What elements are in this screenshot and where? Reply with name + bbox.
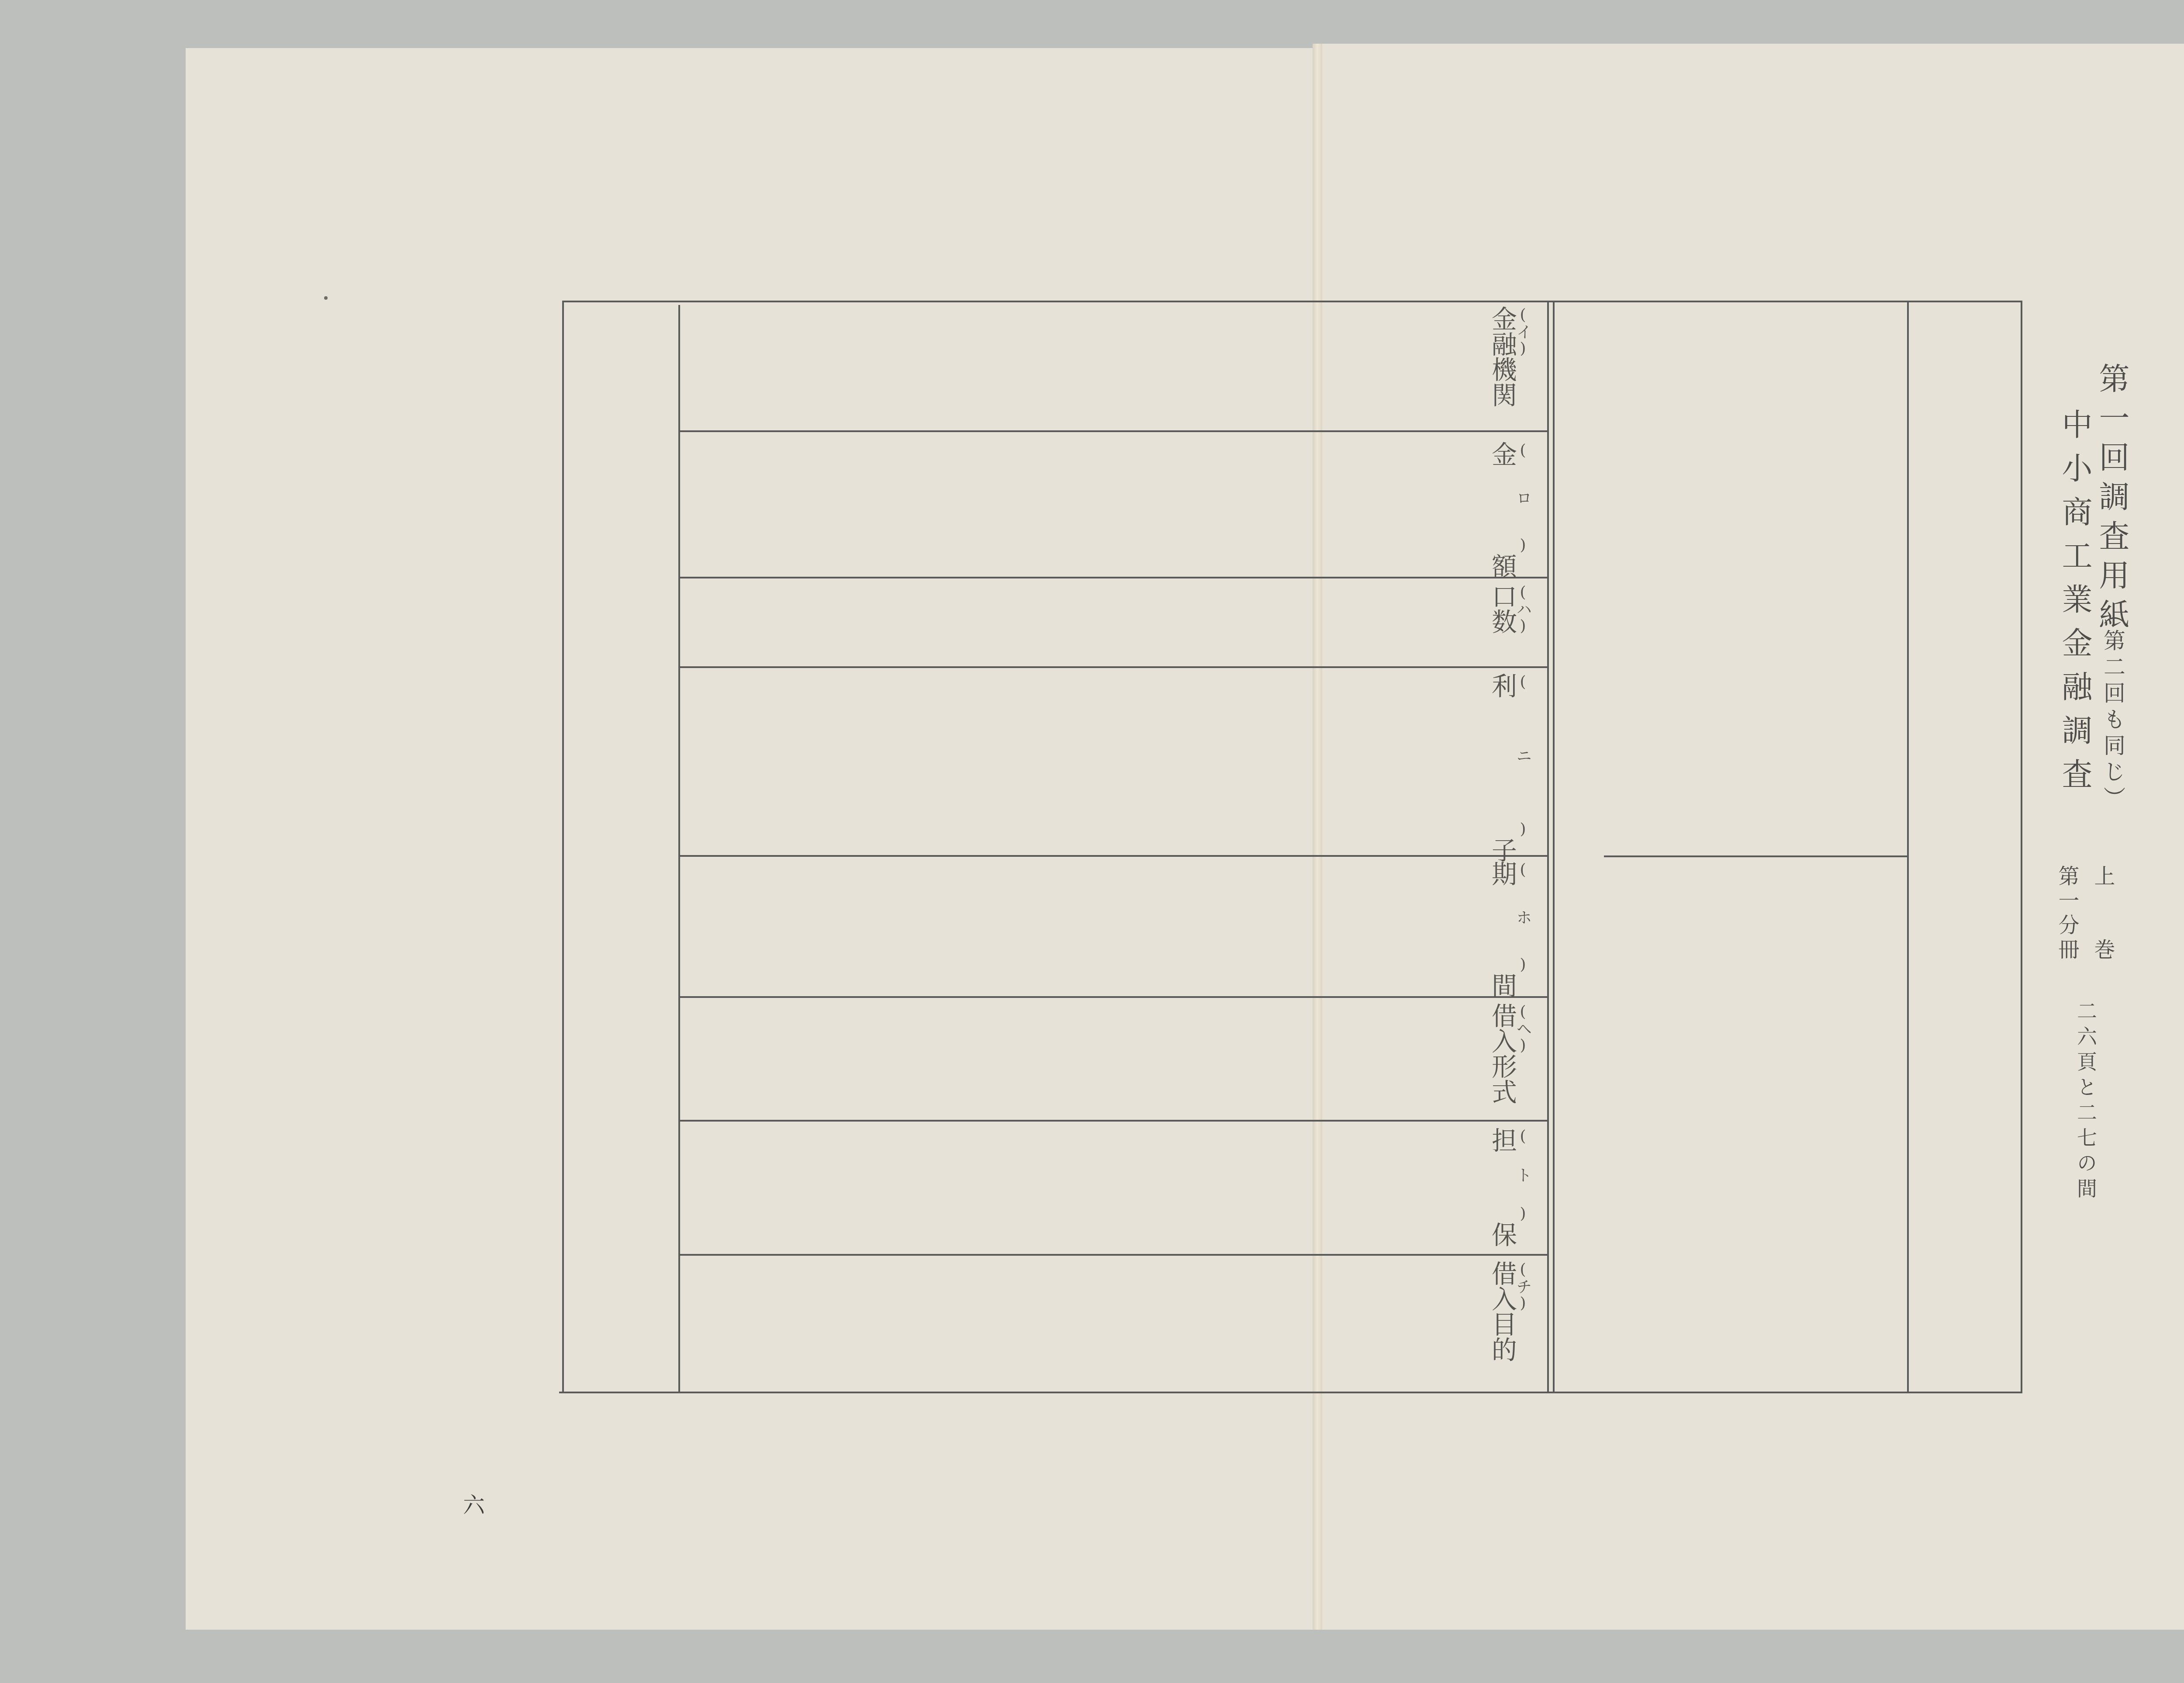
- row-label-count: (ハ) 口数: [1489, 583, 1531, 641]
- row-text: 借入目的: [1487, 1261, 1517, 1362]
- form-title-note: （第二回も同じ）: [2102, 603, 2124, 813]
- ink-speck: [324, 296, 328, 300]
- row-rule-3: [678, 666, 1549, 668]
- form-title: 第一回調査用紙: [2097, 363, 2127, 638]
- row-mark: (チ): [1515, 1261, 1531, 1356]
- row-rule-4: [678, 855, 1549, 857]
- row-label-financial-institution: (イ) 金融機関: [1489, 306, 1531, 407]
- row-mark: (ト): [1515, 1127, 1531, 1263]
- column-rule-1: [678, 305, 680, 1393]
- row-rule-2: [678, 577, 1549, 578]
- volume-label: 上巻: [2092, 865, 2113, 1012]
- row-mark: (ロ): [1515, 441, 1531, 603]
- row-label-borrowing-form: (ヘ) 借入形式: [1489, 1003, 1531, 1104]
- row-rule-5: [678, 996, 1549, 998]
- row-text: 担 保: [1487, 1127, 1517, 1269]
- row-rule-1: [678, 430, 1549, 432]
- row-rule-6: [678, 1120, 1549, 1122]
- table-right-border: [2021, 301, 2022, 1393]
- row-mark: (ヘ): [1515, 1003, 1531, 1098]
- row-label-borrowing-purpose: (チ) 借入目的: [1489, 1261, 1531, 1362]
- row-mark: (ハ): [1515, 583, 1531, 635]
- pages-note: 二六頁と二七の間: [2076, 1001, 2096, 1203]
- row-rule-7: [678, 1254, 1549, 1256]
- column-rule-2: [1547, 301, 1549, 1393]
- scan-background: (イ) 金融機関 (ロ) 金 額 (ハ) 口数 (ニ) 利 子 (ホ) 期 間 …: [0, 0, 2184, 1683]
- row-text: 口数: [1487, 583, 1517, 634]
- right-block-rule: [1604, 855, 1907, 857]
- volume-sub-label: 第一分冊: [2056, 865, 2077, 963]
- column-rule-4: [1907, 301, 1909, 1393]
- table-left-border: [562, 301, 564, 1393]
- page-number: 六: [463, 1488, 485, 1519]
- row-text: 金融機関: [1487, 306, 1517, 407]
- row-label-collateral: (ト) 担 保: [1489, 1127, 1531, 1269]
- row-mark: (ホ): [1515, 861, 1531, 1022]
- table-bottom-border: [559, 1392, 2022, 1393]
- survey-title: 中小商工業金融調査: [2060, 409, 2090, 802]
- row-mark: (イ): [1515, 306, 1531, 401]
- table-top-border: [562, 301, 2022, 302]
- row-text: 借入形式: [1487, 1003, 1517, 1104]
- column-rule-3: [1553, 301, 1555, 1393]
